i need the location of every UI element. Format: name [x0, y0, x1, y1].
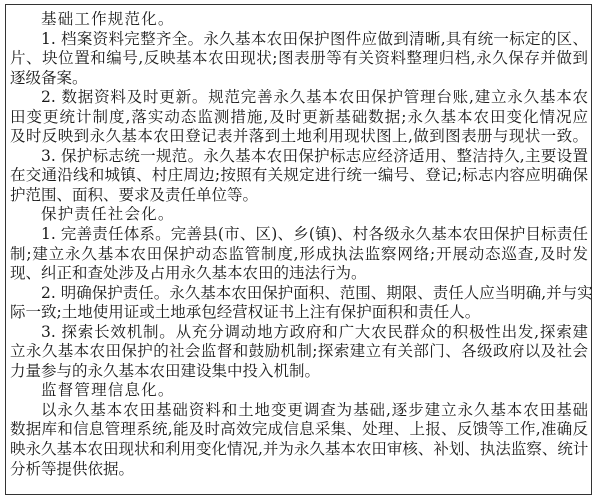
text-line: 2. 明确保护责任。永久基本农田保护面积、范围、期限、责任人应当明确,并与实 — [10, 284, 588, 304]
text-line: 1. 档案资料完整齐全。永久基本农田保护图件应做到清晰,具有统一标定的区、 — [10, 30, 588, 50]
text-line: 2. 数据资料及时更新。规范完善永久基本农田保护管理台账,建立永久基本农 — [10, 88, 588, 108]
text-line: 逐级备案。 — [10, 69, 588, 89]
document-body: 基础工作规范化。 1. 档案资料完整齐全。永久基本农田保护图件应做到清晰,具有统… — [10, 10, 588, 479]
text-line: 以永久基本农田基础资料和土地变更调查为基础,逐步建立永久基本农田基础 — [10, 401, 588, 421]
text-line: 际一致;土地使用证或土地承包经营权证书上注有保护面积和责任人。 — [10, 303, 588, 323]
text-line: 分析等提供依据。 — [10, 460, 588, 480]
text-line: 力量参与的永久基本农田建设集中投入机制。 — [10, 362, 588, 382]
paragraph-long-term-mechanism: 3. 探索长效机制。从充分调动地方政府和广大农民群众的积极性出发,探索建 立永久… — [10, 323, 588, 382]
section-heading-social-responsibility: 保护责任社会化。 — [10, 205, 588, 225]
text-line: 在交通沿线和城镇、村庄周边;按照有关规定进行统一编号、登记;标志内容应明确保 — [10, 166, 588, 186]
paragraph-data-update: 2. 数据资料及时更新。规范完善永久基本农田保护管理台账,建立永久基本农 田变更… — [10, 88, 588, 147]
paragraph-information-system: 以永久基本农田基础资料和土地变更调查为基础,逐步建立永久基本农田基础 数据库和信… — [10, 401, 588, 479]
paragraph-archive: 1. 档案资料完整齐全。永久基本农田保护图件应做到清晰,具有统一标定的区、 片、… — [10, 30, 588, 89]
paragraph-clarify-responsibility: 2. 明确保护责任。永久基本农田保护面积、范围、期限、责任人应当明确,并与实 际… — [10, 284, 588, 323]
text-line: 制;建立永久基本农田保护动态监管制度,形成执法监察网络;开展动态巡查,及时发 — [10, 245, 588, 265]
text-line: 及时反映到永久基本农田登记表并落到土地利用现状图上,做到图表册与现状一致。 — [10, 127, 588, 147]
text-line: 数据库和信息管理系统,能及时高效完成信息采集、处理、上报、反馈等工作,准确反 — [10, 420, 588, 440]
text-line: 护范围、面积、要求及责任单位等。 — [10, 186, 588, 206]
text-line: 映永久基本农田现状和利用变化情况,并为永久基本农田审核、补划、执法监察、统计 — [10, 440, 588, 460]
document-frame: 基础工作规范化。 1. 档案资料完整齐全。永久基本农田保护图件应做到清晰,具有统… — [5, 4, 592, 495]
section-heading-informatization: 监督管理信息化。 — [10, 381, 588, 401]
paragraph-responsibility-system: 1. 完善责任体系。完善县(市、区)、乡(镇)、村各级永久基本农田保护目标责任 … — [10, 225, 588, 284]
text-line: 片、块位置和编号,反映基本农田现状;图表册等有关资料整理归档,永久保存并做到 — [10, 49, 588, 69]
text-line: 3. 保护标志统一规范。永久基本农田保护标志应经济适用、整洁持久,主要设置 — [10, 147, 588, 167]
text-line: 立永久基本农田保护的社会监督和鼓励机制;探索建立有关部门、各级政府以及社会 — [10, 342, 588, 362]
section-heading-basic-work: 基础工作规范化。 — [10, 10, 588, 30]
text-line: 1. 完善责任体系。完善县(市、区)、乡(镇)、村各级永久基本农田保护目标责任 — [10, 225, 588, 245]
text-line: 3. 探索长效机制。从充分调动地方政府和广大农民群众的积极性出发,探索建 — [10, 323, 588, 343]
text-line: 田变更统计制度,落实动态监测措施,及时更新基础数据;永久基本农田变化情况应 — [10, 108, 588, 128]
paragraph-protection-signs: 3. 保护标志统一规范。永久基本农田保护标志应经济适用、整洁持久,主要设置 在交… — [10, 147, 588, 206]
text-line: 现、纠正和查处涉及占用永久基本农田的违法行为。 — [10, 264, 588, 284]
